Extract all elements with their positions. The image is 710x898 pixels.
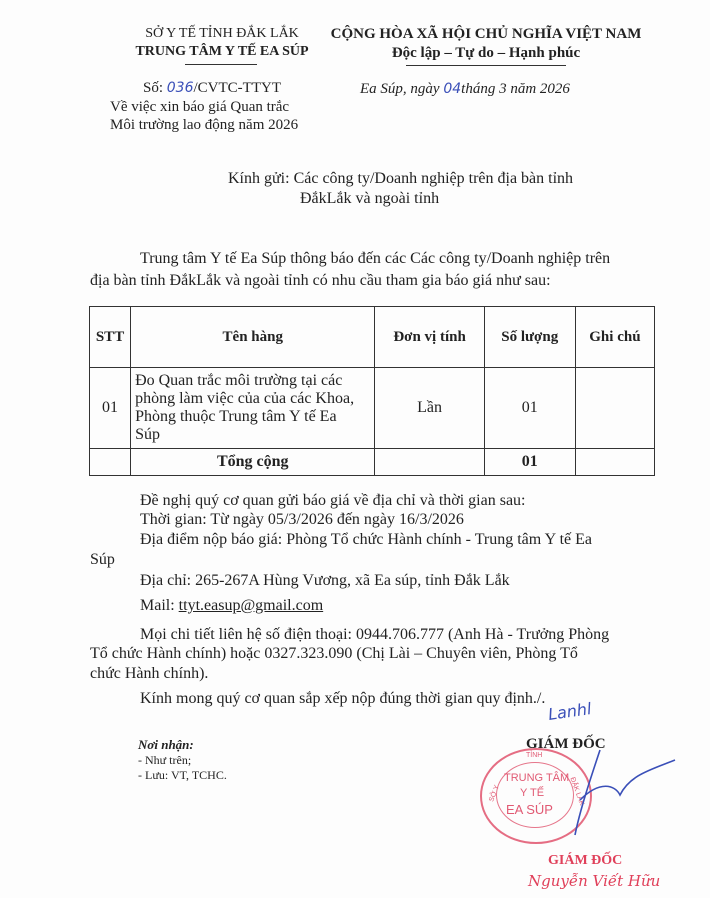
cell-total-unit [375, 449, 484, 476]
header-note: Ghi chú [575, 307, 654, 368]
number-suffix: /CVTC-TTYT [194, 80, 282, 96]
item-name-line: Súp [135, 426, 370, 444]
header-stt: STT [90, 307, 131, 368]
header-quantity: Số lượng [484, 307, 575, 368]
mail-link[interactable]: ttyt.easup@gmail.com [179, 597, 323, 614]
cell-stt: 01 [90, 368, 131, 449]
date-day-handwritten: 04 [443, 81, 461, 97]
agency-name: TRUNG TÂM Y TẾ EA SÚP [112, 44, 332, 60]
table-total-row: Tổng cộng 01 [90, 449, 655, 476]
subject-line-2: Môi trường lao động năm 2026 [110, 117, 298, 134]
item-name-line: Đo Quan trắc môi trường tại các [135, 372, 370, 390]
total-label: Tổng cộng [131, 449, 375, 476]
stamp-line-2: Y TẾ [520, 787, 544, 799]
recipients-title: Nơi nhận: [138, 737, 194, 753]
table-header-row: STT Tên hàng Đơn vị tính Số lượng Ghi ch… [90, 307, 655, 368]
national-title: CỘNG HÒA XÃ HỘI CHỦ NGHĨA VIỆT NAM [318, 26, 654, 43]
signature-scribble [560, 740, 680, 840]
place-line-1: Địa điểm nộp báo giá: Phòng Tổ chức Hành… [140, 531, 592, 549]
intro-line-2: địa bàn tỉnh ĐắkLắk và ngoài tỉnh có nhu… [90, 272, 551, 290]
document-number: Số: 036/CVTC-TTYT [143, 80, 281, 97]
cell-note [575, 368, 654, 449]
contact-line-1: Mọi chi tiết liên hệ số điện thoại: 0944… [140, 626, 609, 644]
initials-handwritten: Lanhl [547, 699, 593, 724]
request-text: Đề nghị quý cơ quan gửi báo giá về địa c… [140, 492, 526, 510]
ministry-name: SỞ Y TẾ TỈNH ĐẮK LẮK [112, 26, 332, 42]
number-prefix: Số: [143, 80, 167, 96]
date-suffix: tháng 3 năm 2026 [461, 81, 570, 97]
stamp-line-3: EA SÚP [506, 802, 553, 817]
mail-line: Mail: ttyt.easup@gmail.com [140, 597, 323, 615]
agency-underline [185, 64, 257, 65]
item-name-line: phòng làm việc của của các Khoa, [135, 390, 370, 408]
signer-title: GIÁM ĐỐC [548, 853, 622, 869]
mail-label: Mail: [140, 597, 179, 614]
place-line-2: Súp [90, 551, 115, 569]
motto-underline [406, 65, 566, 66]
document-date: Ea Súp, ngày 04tháng 3 năm 2026 [360, 81, 570, 98]
contact-line-2: Tổ chức Hành chính) hoặc 0327.323.090 (C… [90, 645, 578, 663]
contact-line-3: chức Hành chính). [90, 665, 208, 683]
cell-unit: Lần [375, 368, 484, 449]
header-item-name: Tên hàng [131, 307, 375, 368]
header-unit: Đơn vị tính [375, 307, 484, 368]
stamp-top-text: TỈNH [526, 752, 542, 759]
national-motto: Độc lập – Tự do – Hạnh phúc [318, 45, 654, 62]
recipient-line-2: ĐắkLắk và ngoài tỉnh [300, 190, 439, 208]
time-text: Thời gian: Từ ngày 05/3/2026 đến ngày 16… [140, 511, 464, 529]
address-text: Địa chỉ: 265-267A Hùng Vương, xã Ea súp,… [140, 572, 510, 590]
table-row: 01 Đo Quan trắc môi trường tại các phòng… [90, 368, 655, 449]
subject-line-1: Về việc xin báo giá Quan trắc [110, 99, 289, 116]
number-handwritten: 036 [167, 80, 194, 96]
recipient-item: - Như trên; [138, 753, 191, 768]
cell-quantity: 01 [484, 368, 575, 449]
signer-name: Nguyễn Viết Hữu [528, 872, 660, 890]
cell-total-note [575, 449, 654, 476]
quotation-table: STT Tên hàng Đơn vị tính Số lượng Ghi ch… [89, 306, 655, 476]
recipient-item: - Lưu: VT, TCHC. [138, 768, 227, 783]
total-quantity: 01 [484, 449, 575, 476]
item-name-line: Phòng thuộc Trung tâm Y tế Ea [135, 408, 370, 426]
intro-line-1: Trung tâm Y tế Ea Súp thông báo đến các … [140, 250, 610, 268]
closing-text: Kính mong quý cơ quan sắp xếp nộp đúng t… [140, 690, 545, 708]
cell-total-stt [90, 449, 131, 476]
date-prefix: Ea Súp, ngày [360, 81, 443, 97]
recipient-line-1: Kính gửi: Các công ty/Doanh nghiệp trên … [228, 170, 573, 188]
cell-item-name: Đo Quan trắc môi trường tại các phòng là… [131, 368, 375, 449]
